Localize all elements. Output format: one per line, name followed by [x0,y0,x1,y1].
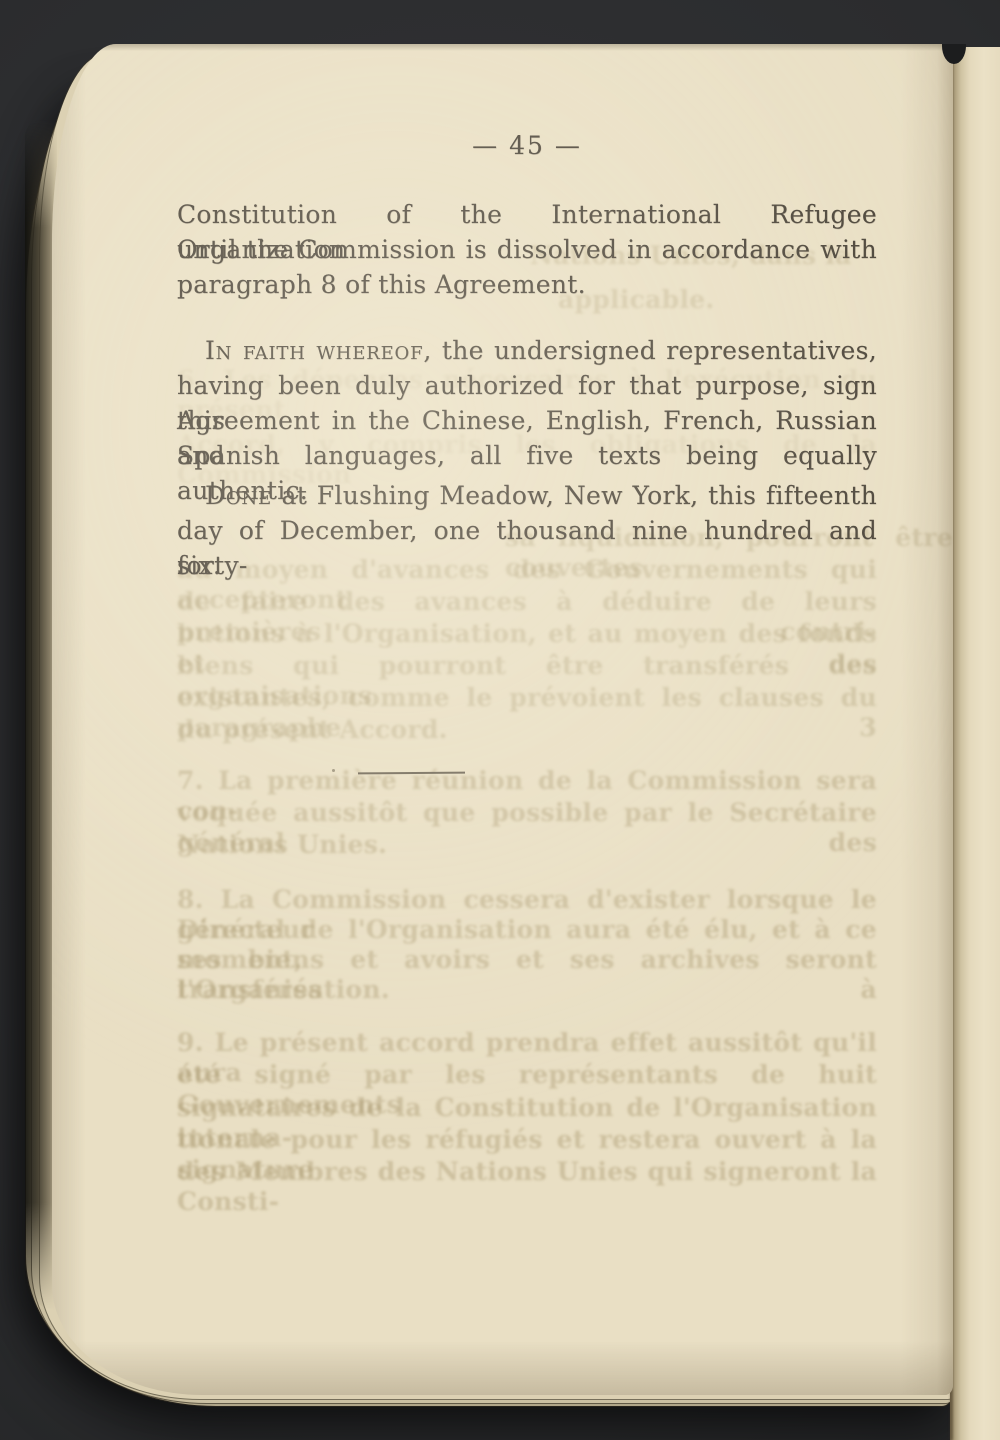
section-divider [358,772,465,775]
paragraph-2-line: Spanish languages, all five texts being … [177,438,877,473]
printed-text-layer: — 45 — Constitution of the International… [52,44,953,1395]
book-page: Nations Unies, dans la applicable. 6. Le… [52,44,953,1395]
small-caps-lead: Done [205,481,272,510]
paragraph-3-line-text: at Flushing Meadow, New York, this fifte… [272,481,877,510]
paragraph-1-line: paragraph 8 of this Agreement. [177,267,877,302]
small-caps-lead: In faith whereof [205,336,423,365]
paragraph-3-line: six. [177,548,877,583]
paragraph-1-line: Constitution of the International Refuge… [177,197,877,232]
ink-speck [332,769,335,772]
paragraph-3-line: day of December, one thousand nine hundr… [177,513,877,548]
paragraph-2-line: Agreement in the Chinese, English, Frenc… [177,403,877,438]
paragraph-3-line: Done at Flushing Meadow, New York, this … [177,478,877,513]
paragraph-2-line: having been duly authorized for that pur… [177,368,877,403]
scanned-book-photo: Nations Unies, dans la applicable. 6. Le… [0,0,1000,1440]
paragraph-2-line-text: , the undersigned representatives, [423,336,877,365]
facing-page-sliver [950,47,1000,1440]
paragraph-2-line: In faith whereof, the undersigned repres… [177,333,877,368]
paragraph-1-line: until the Commission is dissolved in acc… [177,232,877,267]
page-number: — 45 — [177,128,877,163]
